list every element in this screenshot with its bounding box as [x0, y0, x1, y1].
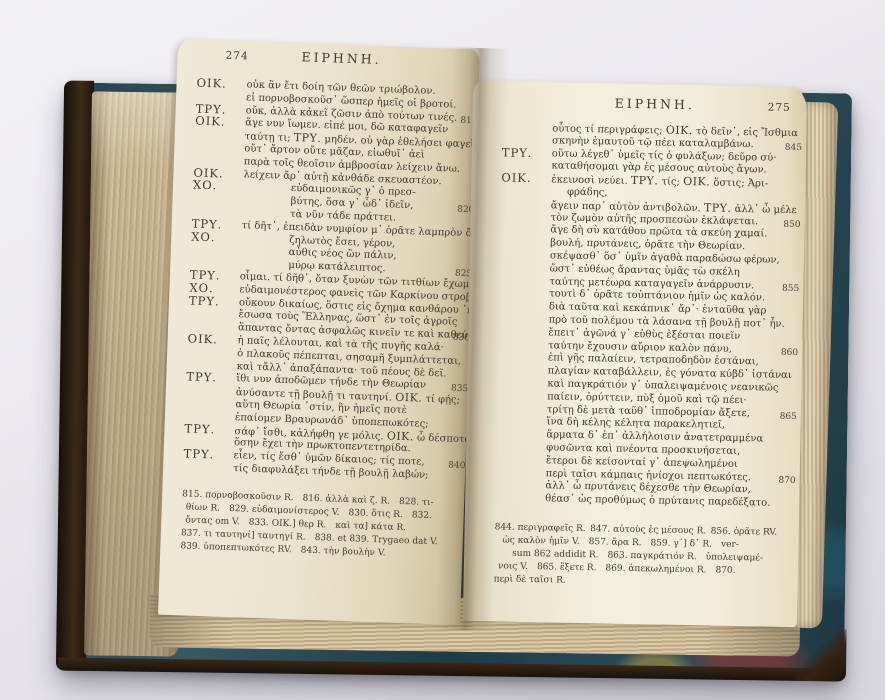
critical-apparatus: 844. περιγραφεῖς R. 847. αὐτοὺς ἐς μέσου…: [494, 521, 795, 592]
speaker-label: ΤΡΥ.: [189, 294, 220, 308]
speaker-label: ΧΟ.: [191, 230, 216, 244]
header-spacer: [503, 105, 565, 106]
verse-block: οὗτος τί περιγράφεις; ΟΙΚ. τὸ δεῖν᾽, εἰς…: [495, 121, 798, 511]
left-page-header: 274 ΕΙΡΗΝΗ.: [197, 46, 479, 74]
left-page: 274 ΕΙΡΗΝΗ. ΟΙΚ.οὐκ ἂν ἔτι δοίη τῶν θεῶν…: [158, 39, 480, 625]
right-page-header: ΕΙΡΗΝΗ. 275: [503, 93, 807, 117]
speaker-label: ΤΡΥ.: [186, 371, 217, 385]
speaker-label: ΟΙΚ.: [501, 172, 531, 185]
leather-corner: [794, 629, 847, 682]
right-page: ΕΙΡΗΝΗ. 275 οὗτος τί περιγράφεις; ΟΙΚ. τ…: [463, 81, 807, 627]
book-photograph: 274 ΕΙΡΗΝΗ. ΟΙΚ.οὐκ ἂν ἔτι δοίη τῶν θεῶν…: [0, 0, 885, 700]
speaker-label: ΟΙΚ.: [187, 332, 218, 346]
speaker-label: ΧΟ.: [193, 179, 218, 193]
speaker-label: ΤΡΥ.: [183, 447, 214, 461]
running-title: ΕΙΡΗΝΗ.: [565, 95, 745, 113]
speaker-label: ΟΙΚ.: [195, 115, 226, 129]
speaker-label: ΤΡΥ.: [502, 146, 533, 159]
page-number: 275: [745, 101, 807, 114]
running-title: ΕΙΡΗΝΗ.: [271, 48, 405, 68]
header-spacer: [405, 65, 479, 68]
speaker-label: ΤΡΥ.: [184, 422, 215, 436]
verse-block: ΟΙΚ.οὐκ ἂν ἔτι δοίη τῶν θεῶν τριώβολον.ε…: [183, 78, 475, 484]
page-number: 274: [197, 49, 271, 64]
critical-apparatus: 815. πορνοβοσκοῦσιν R. 816. ἀλλὰ καὶ ζ. …: [180, 488, 462, 563]
speaker-label: ΟΙΚ.: [196, 77, 227, 91]
verse-text: φράδης,: [567, 187, 608, 201]
